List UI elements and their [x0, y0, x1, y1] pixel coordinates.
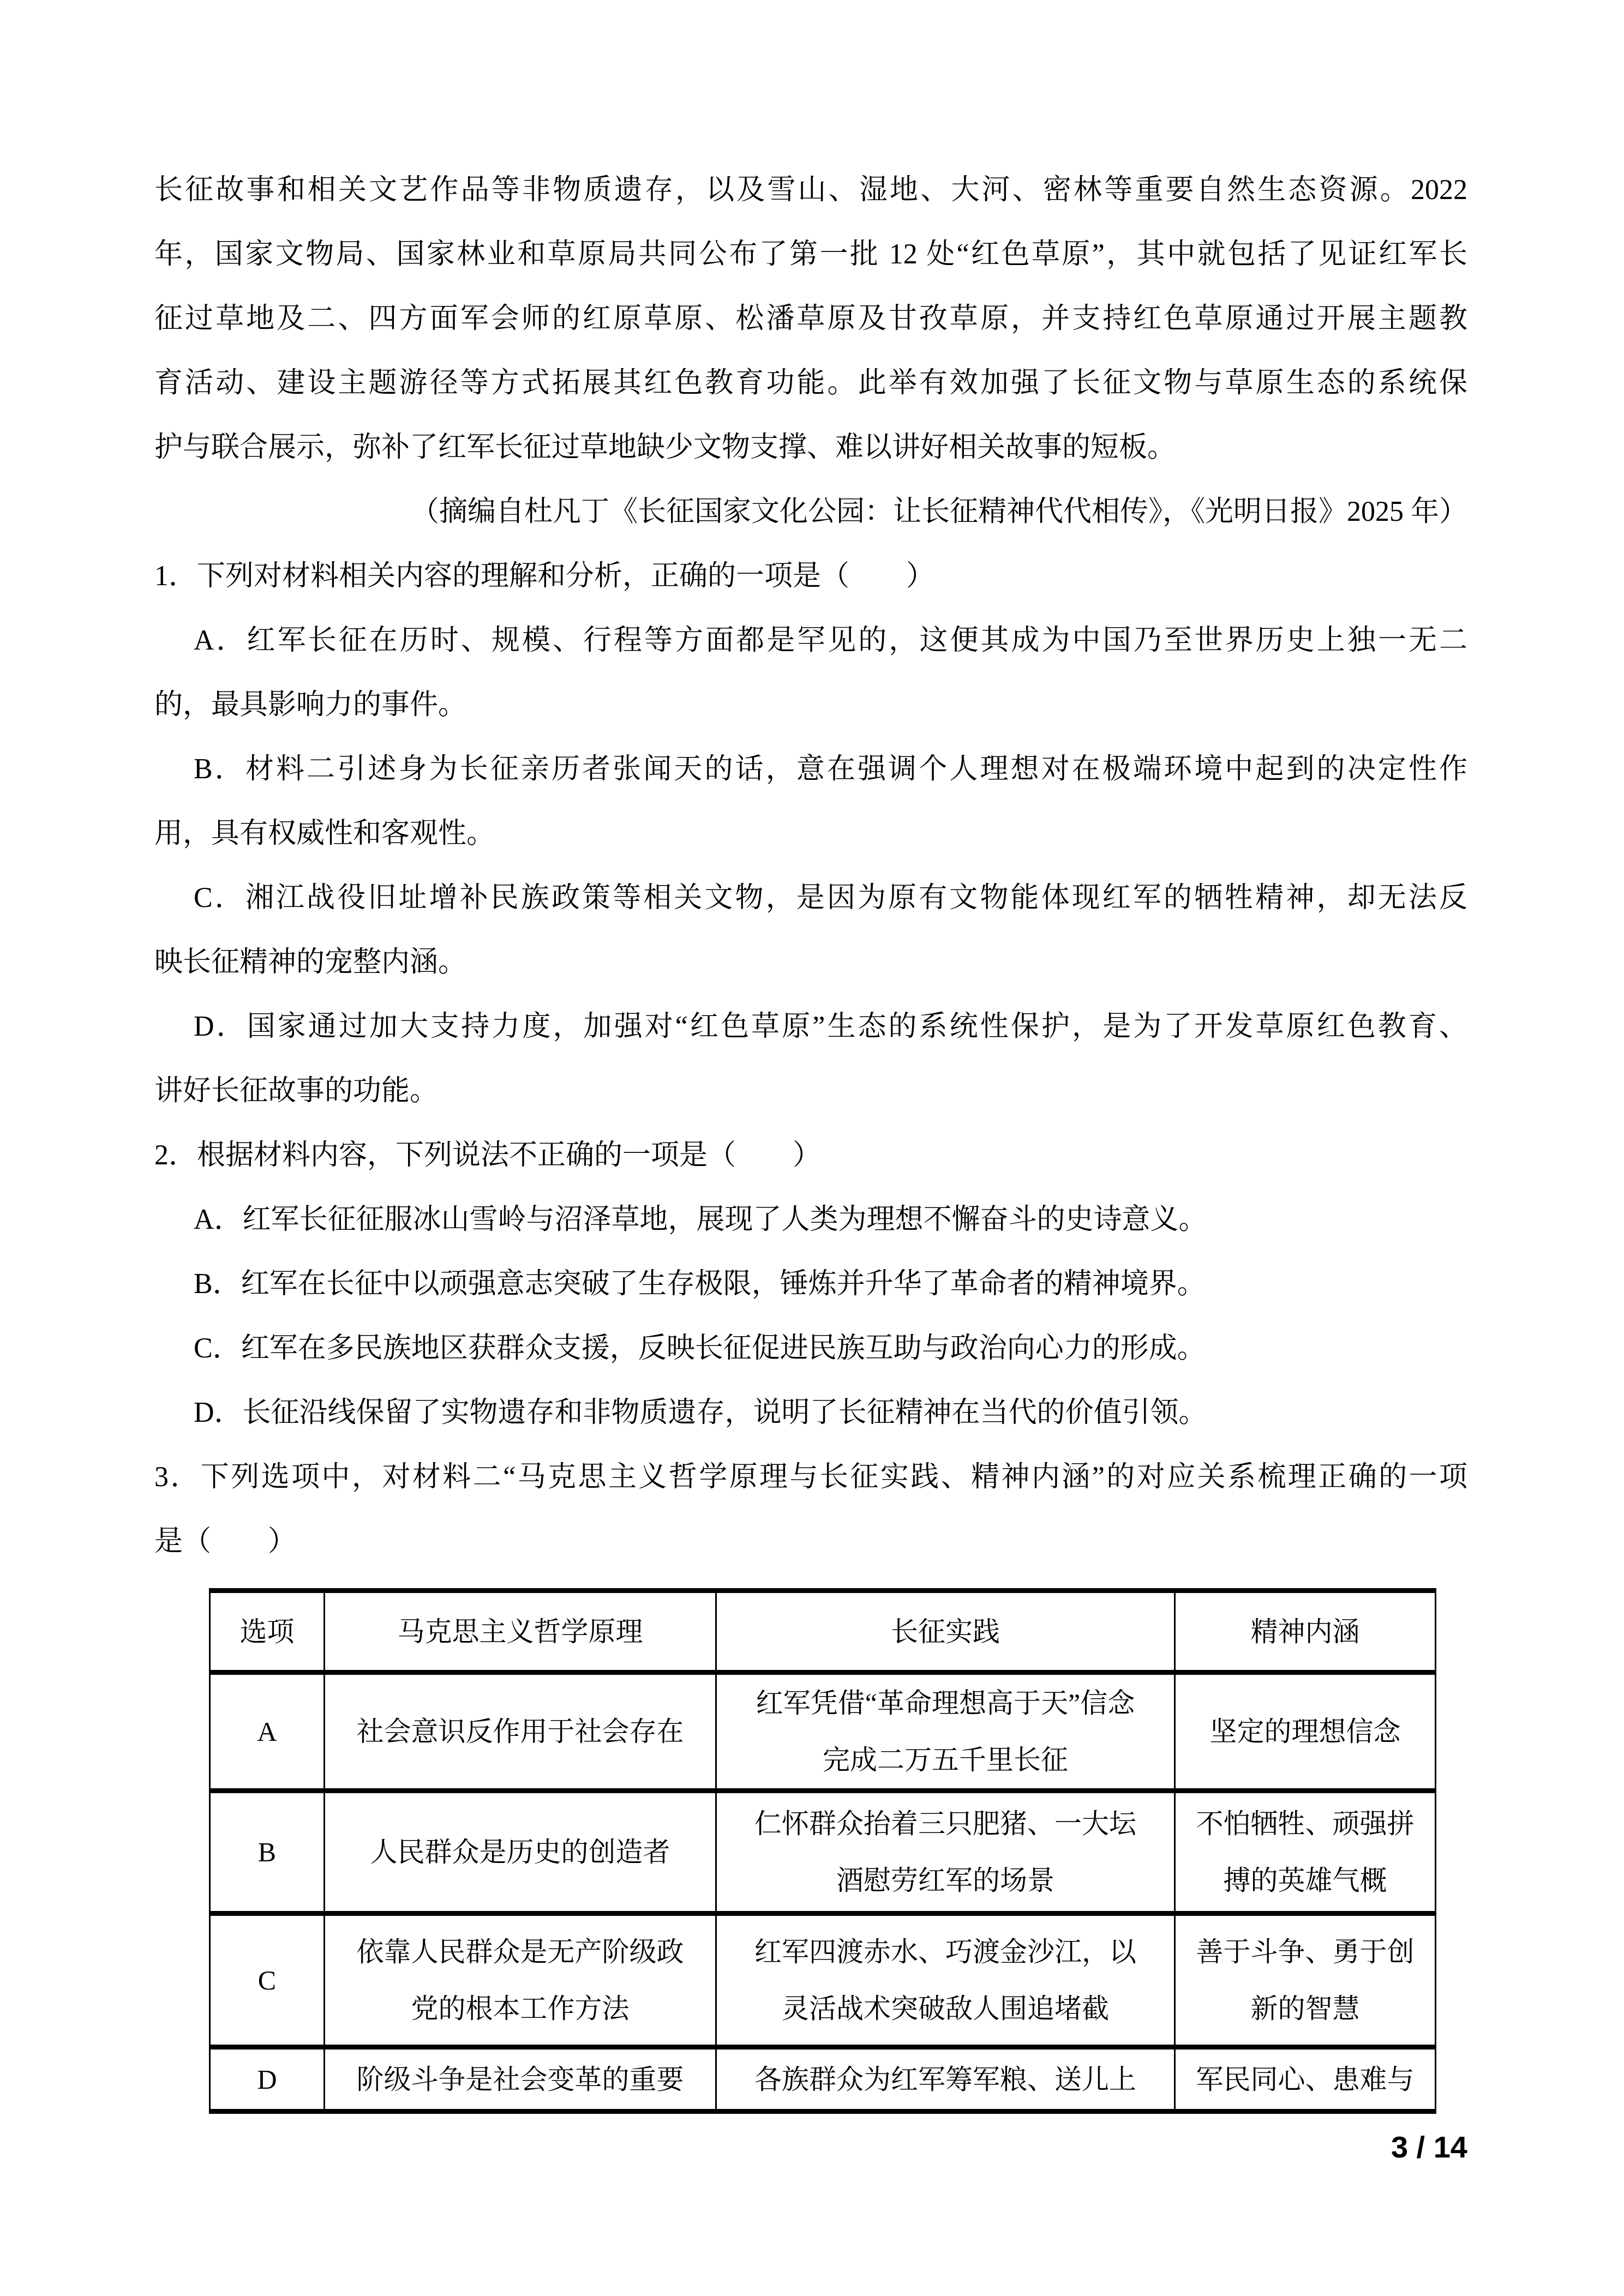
cell-spirit: 军民同心、患难与 [1175, 2047, 1436, 2112]
question-2-option-a: A．红军长征征服冰山雪岭与沼泽草地，展现了人类为理想不懈奋斗的史诗意义。 [154, 1188, 1467, 1252]
cell-option: A [210, 1673, 325, 1791]
question-3-stem-line: 3．下列选项中，对材料二“马克思主义哲学原理与长征实践、精神内涵”的对应关系梳理… [154, 1445, 1467, 1510]
question-2: 2．根据材料内容，下列说法不正确的一项是（ ） A．红军长征征服冰山雪岭与沼泽草… [154, 1123, 1467, 1445]
paragraph-line: 护与联合展示，弥补了红军长征过草地缺少文物支撑、难以讲好相关故事的短板。 [154, 416, 1467, 480]
question-2-stem: 2．根据材料内容，下列说法不正确的一项是（ ） [154, 1123, 1467, 1188]
table-header-row: 选项 马克思主义哲学原理 长征实践 精神内涵 [210, 1591, 1436, 1673]
cell-option: C [210, 1914, 325, 2047]
table-row: B 人民群众是历史的创造者 仁怀群众抬着三只肥猪、一大坛 酒慰劳红军的场景 不怕… [210, 1791, 1436, 1914]
paragraph-line: 育活动、建设主题游径等方式拓展其红色教育功能。此举有效加强了长征文物与草原生态的… [154, 351, 1467, 416]
cell-principle: 阶级斗争是社会变革的重要 [325, 2047, 716, 2112]
comparison-table: 选项 马克思主义哲学原理 长征实践 精神内涵 A 社会意识反作用于社会存在 红军… [209, 1588, 1436, 2114]
page-number: 3 / 14 [154, 2128, 1467, 2166]
cell-principle: 人民群众是历史的创造者 [325, 1791, 716, 1914]
cell-practice: 仁怀群众抬着三只肥猪、一大坛 酒慰劳红军的场景 [716, 1791, 1175, 1914]
question-1-option-a-line: 的，最具影响力的事件。 [154, 673, 1467, 737]
paragraph-line: 征过草地及二、四方面军会师的红原草原、松潘草原及甘孜草原，并支持红色草原通过开展… [154, 287, 1467, 351]
header-principle: 马克思主义哲学原理 [325, 1591, 716, 1673]
page-content: 长征故事和相关文艺作品等非物质遗存，以及雪山、湿地、大河、密林等重要自然生态资源… [0, 0, 1624, 2166]
table-row: D 阶级斗争是社会变革的重要 各族群众为红军筹军粮、送儿上 军民同心、患难与 [210, 2047, 1436, 2112]
question-1-option-c-line: C．湘江战役旧址增补民族政策等相关文物，是因为原有文物能体现红军的牺牲精神，却无… [154, 866, 1467, 930]
cell-principle: 社会意识反作用于社会存在 [325, 1673, 716, 1791]
question-2-option-d: D．长征沿线保留了实物遗存和非物质遗存，说明了长征精神在当代的价值引领。 [154, 1381, 1467, 1445]
question-1: 1．下列对材料相关内容的理解和分析，正确的一项是（ ） A．红军长征在历时、规模… [154, 544, 1467, 1123]
cell-practice: 各族群众为红军筹军粮、送儿上 [716, 2047, 1175, 2112]
question-1-option-b-line: B．材料二引述身为长征亲历者张闻天的话，意在强调个人理想对在极端环境中起到的决定… [154, 737, 1467, 802]
cell-principle: 依靠人民群众是无产阶级政 党的根本工作方法 [325, 1914, 716, 2047]
cell-spirit: 不怕牺牲、顽强拼 搏的英雄气概 [1175, 1791, 1436, 1914]
question-3: 3．下列选项中，对材料二“马克思主义哲学原理与长征实践、精神内涵”的对应关系梳理… [154, 1445, 1467, 1574]
question-1-option-a-line: A．红军长征在历时、规模、行程等方面都是罕见的，这便其成为中国乃至世界历史上独一… [154, 609, 1467, 673]
question-2-option-c: C．红军在多民族地区获群众支援，反映长征促进民族互助与政治向心力的形成。 [154, 1317, 1467, 1381]
question-1-option-b-line: 用，具有权威性和客观性。 [154, 802, 1467, 866]
cell-practice: 红军四渡赤水、巧渡金沙江，以 灵活战术突破敌人围追堵截 [716, 1914, 1175, 2047]
document-page: 长征故事和相关文艺作品等非物质遗存，以及雪山、湿地、大河、密林等重要自然生态资源… [0, 0, 1624, 2296]
cell-spirit: 善于斗争、勇于创 新的智慧 [1175, 1914, 1436, 2047]
header-spirit: 精神内涵 [1175, 1591, 1436, 1673]
intro-paragraph: 长征故事和相关文艺作品等非物质遗存，以及雪山、湿地、大河、密林等重要自然生态资源… [154, 158, 1467, 480]
question-1-option-d-line: D．国家通过加大支持力度，加强对“红色草原”生态的系统性保护，是为了开发草原红色… [154, 995, 1467, 1059]
table-row: A 社会意识反作用于社会存在 红军凭借“革命理想高于天”信念 完成二万五千里长征… [210, 1673, 1436, 1791]
source-citation: （摘编自杜凡丁《长征国家文化公园：让长征精神代代相传》，《光明日报》2025 年… [154, 480, 1467, 544]
header-practice: 长征实践 [716, 1591, 1175, 1673]
cell-option: B [210, 1791, 325, 1914]
cell-spirit: 坚定的理想信念 [1175, 1673, 1436, 1791]
cell-option: D [210, 2047, 325, 2112]
header-option: 选项 [210, 1591, 325, 1673]
cell-practice: 红军凭借“革命理想高于天”信念 完成二万五千里长征 [716, 1673, 1175, 1791]
table-row: C 依靠人民群众是无产阶级政 党的根本工作方法 红军四渡赤水、巧渡金沙江，以 灵… [210, 1914, 1436, 2047]
question-1-option-d-line: 讲好长征故事的功能。 [154, 1059, 1467, 1123]
question-1-stem: 1．下列对材料相关内容的理解和分析，正确的一项是（ ） [154, 544, 1467, 609]
question-1-option-c-line: 映长征精神的宠整内涵。 [154, 930, 1467, 995]
paragraph-line: 长征故事和相关文艺作品等非物质遗存，以及雪山、湿地、大河、密林等重要自然生态资源… [154, 158, 1467, 223]
question-2-option-b: B．红军在长征中以顽强意志突破了生存极限，锤炼并升华了革命者的精神境界。 [154, 1252, 1467, 1317]
question-3-stem-line: 是（ ） [154, 1510, 1467, 1574]
paragraph-line: 年，国家文物局、国家林业和草原局共同公布了第一批 12 处“红色草原”，其中就包… [154, 223, 1467, 287]
